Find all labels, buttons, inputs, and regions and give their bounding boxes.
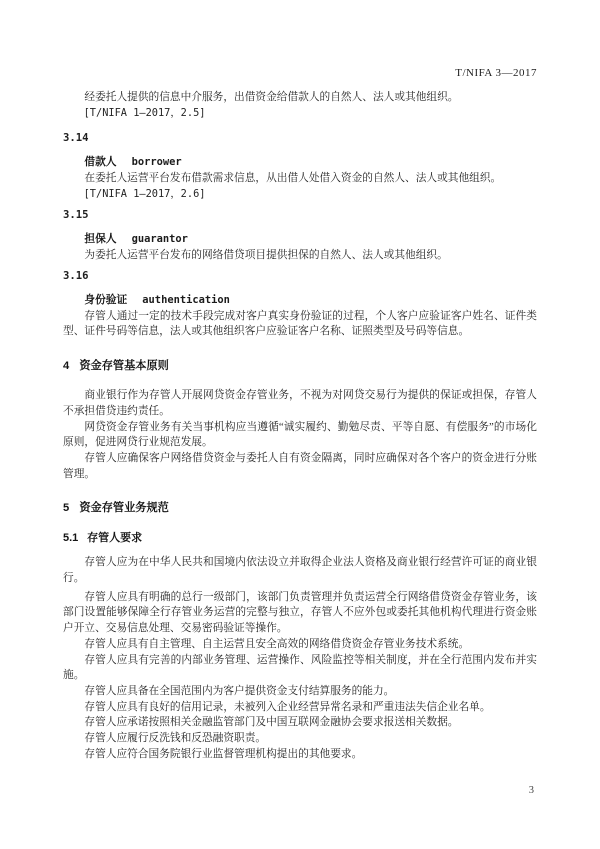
clause-number: 3.15 <box>63 208 537 224</box>
clause-3-16: 3.16 身份验证 authentication 存管人通过一定的技术手段完成对… <box>63 269 537 340</box>
subsection-title: 存管人要求 <box>87 532 142 544</box>
section-number: 4 <box>63 360 69 372</box>
page-content: T/NIFA 3—2017 经委托人提供的信息中介服务，出借资金给借款人的自然人… <box>0 0 600 763</box>
section-5: 5资金存管业务规范 5.1存管人要求 存管人应为在中华人民共和国境内依法设立并取… <box>63 500 537 762</box>
term-title: 担保人 <box>84 233 116 245</box>
term-definition: 存管人通过一定的技术手段完成对客户真实身份验证的过程，个人客户应验证客户姓名、证… <box>63 309 537 340</box>
paragraph: 存管人应具有自主管理、自主运营且安全高效的网络借贷资金存管业务技术系统。 <box>63 637 537 653</box>
clause-reference: [T/NIFA 1—2017，2.6] <box>84 187 537 203</box>
term-english: authentication <box>142 294 230 306</box>
section-heading: 5资金存管业务规范 <box>63 500 537 516</box>
paragraph: 存管人应具备在全国范围内为客户提供资金支付结算服务的能力。 <box>63 684 537 700</box>
clause-number: 3.16 <box>63 269 537 285</box>
term-title: 身份验证 <box>84 294 127 306</box>
paragraph: 存管人应为在中华人民共和国境内依法设立并取得企业法人资格及商业银行经营许可证的商… <box>63 555 537 586</box>
section-title: 资金存管业务规范 <box>79 502 169 514</box>
subsection-body: 存管人应为在中华人民共和国境内依法设立并取得企业法人资格及商业银行经营许可证的商… <box>63 555 537 762</box>
paragraph: 网贷资金存管业务有关当事机构应当遵循“诚实履约、勤勉尽责、平等自愿、有偿服务”的… <box>63 420 537 451</box>
paragraph: 存管人应承诺按照相关金融监管部门及中国互联网金融协会要求报送相关数据。 <box>63 715 537 731</box>
term-english: borrower <box>132 156 182 168</box>
document-page: T/NIFA 3—2017 经委托人提供的信息中介服务，出借资金给借款人的自然人… <box>0 0 600 849</box>
paragraph: 存管人应具有良好的信用记录，未被列入企业经营异常名录和严重违法失信企业名单。 <box>63 700 537 716</box>
section-number: 5 <box>63 502 69 514</box>
clause-number: 3.14 <box>63 131 537 147</box>
paragraph: 存管人应具有完善的内部业务管理、运营操作、风险监控等相关制度，并在全行范围内发布… <box>63 653 537 684</box>
term-definition: 为委托人运营平台发布的网络借贷项目提供担保的自然人、法人或其他组织。 <box>63 248 537 264</box>
clause-3-15: 3.15 担保人 guarantor 为委托人运营平台发布的网络借贷项目提供担保… <box>63 208 537 263</box>
section-title: 资金存管基本原则 <box>79 360 169 372</box>
paragraph: 存管人应具有明确的总行一级部门，该部门负责管理并负责运营全行网络借贷资金存管业务… <box>63 590 537 637</box>
paragraph: 商业银行作为存管人开展网贷资金存管业务，不视为对网贷交易行为提供的保证或担保，存… <box>63 388 537 419</box>
term-title-line: 借款人 borrower <box>84 155 537 171</box>
paragraph: 存管人应符合国务院银行业监督管理机构提出的其他要求。 <box>63 747 537 763</box>
section-body: 商业银行作为存管人开展网贷资金存管业务，不视为对网贷交易行为提供的保证或担保，存… <box>63 388 537 482</box>
page-number: 3 <box>529 785 534 796</box>
term-title-line: 担保人 guarantor <box>84 232 537 248</box>
subsection-heading: 5.1存管人要求 <box>63 530 537 546</box>
intro-continuation: 经委托人提供的信息中介服务，出借资金给借款人的自然人、法人或其他组织。 [T/N… <box>63 90 537 121</box>
term-title-line: 身份验证 authentication <box>84 293 537 309</box>
term-definition: 在委托人运营平台发布借款需求信息，从出借人处借入资金的自然人、法人或其他组织。 <box>63 171 537 187</box>
subsection-number: 5.1 <box>63 532 78 544</box>
paragraph: 存管人应履行反洗钱和反恐融资职责。 <box>63 731 537 747</box>
term-english: guarantor <box>132 233 188 245</box>
section-heading: 4资金存管基本原则 <box>63 358 537 374</box>
intro-paragraph: 经委托人提供的信息中介服务，出借资金给借款人的自然人、法人或其他组织。 <box>63 90 537 106</box>
intro-reference: [T/NIFA 1—2017，2.5] <box>84 106 537 122</box>
clause-3-14: 3.14 借款人 borrower 在委托人运营平台发布借款需求信息，从出借人处… <box>63 131 537 202</box>
term-title: 借款人 <box>84 156 116 168</box>
standard-code-runhead: T/NIFA 3—2017 <box>63 66 537 80</box>
section-4: 4资金存管基本原则 商业银行作为存管人开展网贷资金存管业务，不视为对网贷交易行为… <box>63 358 537 482</box>
paragraph: 存管人应确保客户网络借贷资金与委托人自有资金隔离，同时应确保对各个客户的资金进行… <box>63 451 537 482</box>
